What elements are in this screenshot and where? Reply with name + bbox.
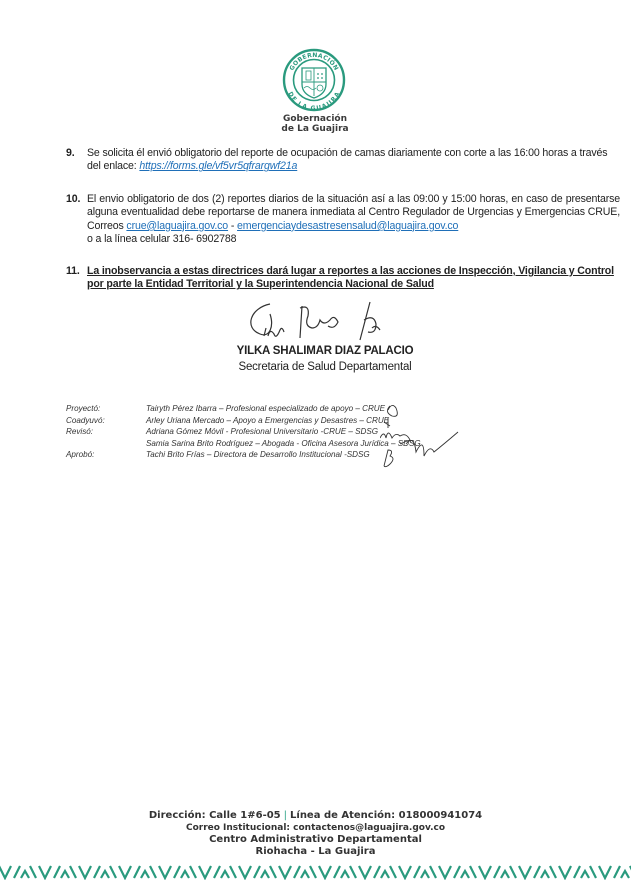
approval-role: Proyectó: <box>66 403 146 415</box>
forms-link[interactable]: https://forms.gle/vf5vr5qfrargwf21a <box>139 160 297 172</box>
approval-initials <box>380 400 530 476</box>
footer-email: Correo Institucional: contactenos@laguaj… <box>0 822 631 834</box>
approval-row: Revisó:Adriana Gómez Móvil - Profesional… <box>66 426 421 438</box>
signer-role: Secretaria de Salud Departamental <box>220 361 430 373</box>
phone-text: o a la línea celular 316- 6902788 <box>87 233 236 245</box>
approval-role: Revisó: <box>66 426 146 438</box>
page-footer: Dirección: Calle 1#6-05|Línea de Atenció… <box>0 810 631 858</box>
item-number: 9. <box>66 147 75 160</box>
directive-item-11: 11. La inobservancia a estas directrices… <box>66 265 620 292</box>
approval-person: Tachi Brito Frías – Directora de Desarro… <box>146 449 370 461</box>
item-body: Se solicita él envió obligatorio del rep… <box>87 147 620 174</box>
approval-role <box>66 438 146 450</box>
approval-row: Aprobó:Tachi Brito Frías – Directora de … <box>66 449 421 461</box>
decorative-zigzag-band <box>0 862 631 880</box>
approval-person: Arley Uriana Mercado – Apoyo a Emergenci… <box>146 415 389 427</box>
item-body: El envio obligatorio de dos (2) reportes… <box>87 193 620 247</box>
approval-row: Samia Sarina Brito Rodríguez – Abogada -… <box>66 438 421 450</box>
footer-contact-line: Dirección: Calle 1#6-05|Línea de Atenció… <box>0 810 631 822</box>
logo-caption-line1: Gobernación <box>262 114 368 124</box>
footer-separator: | <box>284 810 287 821</box>
footer-city: Riohacha - La Guajira <box>0 846 631 858</box>
item-number: 11. <box>66 265 80 278</box>
logo-caption-line2: de La Guajira <box>262 124 368 134</box>
approval-role: Coadyuvó: <box>66 415 146 427</box>
approval-person: Adriana Gómez Móvil - Profesional Univer… <box>146 426 378 438</box>
signer-name: YILKA SHALIMAR DIAZ PALACIO <box>220 345 430 357</box>
gobernacion-seal-logo: GOBERNACIÓN DE LA GUAJIRA <box>282 48 346 112</box>
handwritten-signature <box>240 298 410 348</box>
approval-block: Proyectó:Tairyth Pérez Ibarra – Profesio… <box>66 403 421 461</box>
item-body: La inobservancia a estas directrices dar… <box>87 265 620 292</box>
email-separator: - <box>228 220 237 232</box>
approval-role: Aprobó: <box>66 449 146 461</box>
logo-caption: Gobernación de La Guajira <box>262 114 368 134</box>
footer-address: Dirección: Calle 1#6-05 <box>149 810 281 821</box>
approval-person: Tairyth Pérez Ibarra – Profesional espec… <box>146 403 385 415</box>
directive-item-9: 9. Se solicita él envió obligatorio del … <box>66 147 620 174</box>
footer-center: Centro Administrativo Departamental <box>0 834 631 846</box>
footer-phone: Línea de Atención: 018000941074 <box>290 810 482 821</box>
approval-row: Coadyuvó:Arley Uriana Mercado – Apoyo a … <box>66 415 421 427</box>
item-number: 10. <box>66 193 80 206</box>
crue-email-link[interactable]: crue@laguajira.gov.co <box>126 220 228 232</box>
emergencias-email-link[interactable]: emergenciaydesastresensalud@laguajira.go… <box>237 220 458 232</box>
approval-row: Proyectó:Tairyth Pérez Ibarra – Profesio… <box>66 403 421 415</box>
directive-item-10: 10. El envio obligatorio de dos (2) repo… <box>66 193 620 247</box>
